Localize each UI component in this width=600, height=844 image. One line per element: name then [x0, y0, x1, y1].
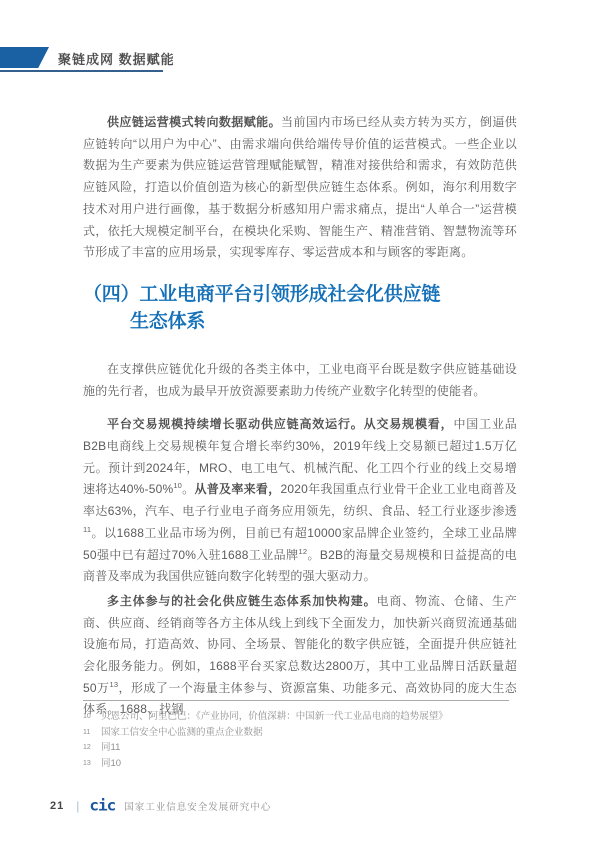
organization-name: 国家工业信息安全发展研究中心: [124, 799, 271, 813]
section-heading-line1: （四）工业电商平台引领形成社会化供应链: [83, 281, 517, 308]
footer-divider: |: [76, 799, 79, 813]
header-accent-shape: [0, 47, 49, 68]
page-footer: 21 | cic 国家工业信息安全发展研究中心: [50, 796, 271, 815]
paragraph-transaction-scale: 平台交易规模持续增长驱动供应链高效运行。从交易规模看，中国工业品B2B电商线上交…: [83, 414, 517, 588]
section-heading-line2: 生态体系: [130, 308, 517, 335]
footnote-divider: [83, 700, 509, 701]
footnotes: 10贝恩公司、阿里巴巴：《产业协同，价值深耕：中国新一代工业品电商的趋势展望》 …: [83, 700, 509, 771]
footnote-item: 13同10: [83, 756, 509, 772]
cic-logo: cic: [89, 797, 115, 814]
footnote-marker: 13: [83, 756, 101, 772]
paragraph-data-empowerment: 供应链运营模式转向数据赋能。当前国内市场已经从卖方转为买方，倒逼供应链转向“以用…: [83, 112, 517, 264]
footnote-marker: 10: [83, 709, 101, 725]
footnote-item: 11国家工信安全中心监测的重点企业数据: [83, 725, 509, 741]
footnote-text: 贝恩公司、阿里巴巴：《产业协同，价值深耕：中国新一代工业品电商的趋势展望》: [101, 709, 448, 725]
footnote-text: 同11: [101, 740, 120, 756]
page-number: 21: [50, 800, 64, 812]
header-rule: [0, 70, 163, 72]
footnote-text: 同10: [101, 756, 121, 772]
header-tagline: 聚链成网 数据赋能: [58, 49, 175, 68]
report-page: 聚链成网 数据赋能 供应链运营模式转向数据赋能。当前国内市场已经从卖方转为买方，…: [0, 0, 600, 844]
footnote-item: 10贝恩公司、阿里巴巴：《产业协同，价值深耕：中国新一代工业品电商的趋势展望》: [83, 709, 509, 725]
paragraph-platform-role: 在支撑供应链优化升级的各类主体中，工业电商平台既是数字供应链基础设施的先行者，也…: [83, 359, 517, 402]
footnote-item: 12同11: [83, 740, 509, 756]
footnote-marker: 12: [83, 740, 101, 756]
section-title-text: 工业电商平台引领形成社会化供应链: [139, 284, 440, 305]
section-heading: （四）工业电商平台引领形成社会化供应链 生态体系: [83, 281, 517, 335]
footnote-marker: 11: [83, 725, 101, 741]
document-body: 供应链运营模式转向数据赋能。当前国内市场已经从卖方转为买方，倒逼供应链转向“以用…: [83, 112, 517, 721]
section-number: （四）: [83, 284, 139, 305]
footnote-text: 国家工信安全中心监测的重点企业数据: [101, 725, 263, 741]
